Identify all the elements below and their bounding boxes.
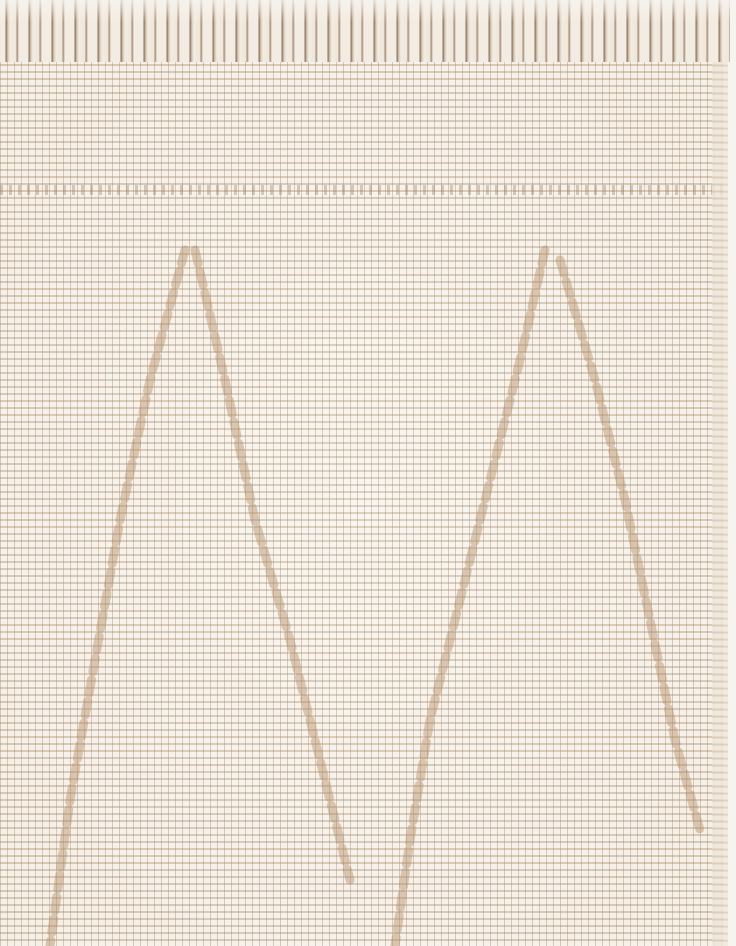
pattern-line: [195, 250, 350, 880]
zigzag-pattern: [0, 0, 736, 946]
pattern-line: [560, 260, 700, 830]
pattern-line: [395, 250, 545, 946]
pattern-line: [50, 250, 185, 946]
rug-fringe: [0, 0, 730, 62]
rug-photo: [0, 0, 736, 946]
